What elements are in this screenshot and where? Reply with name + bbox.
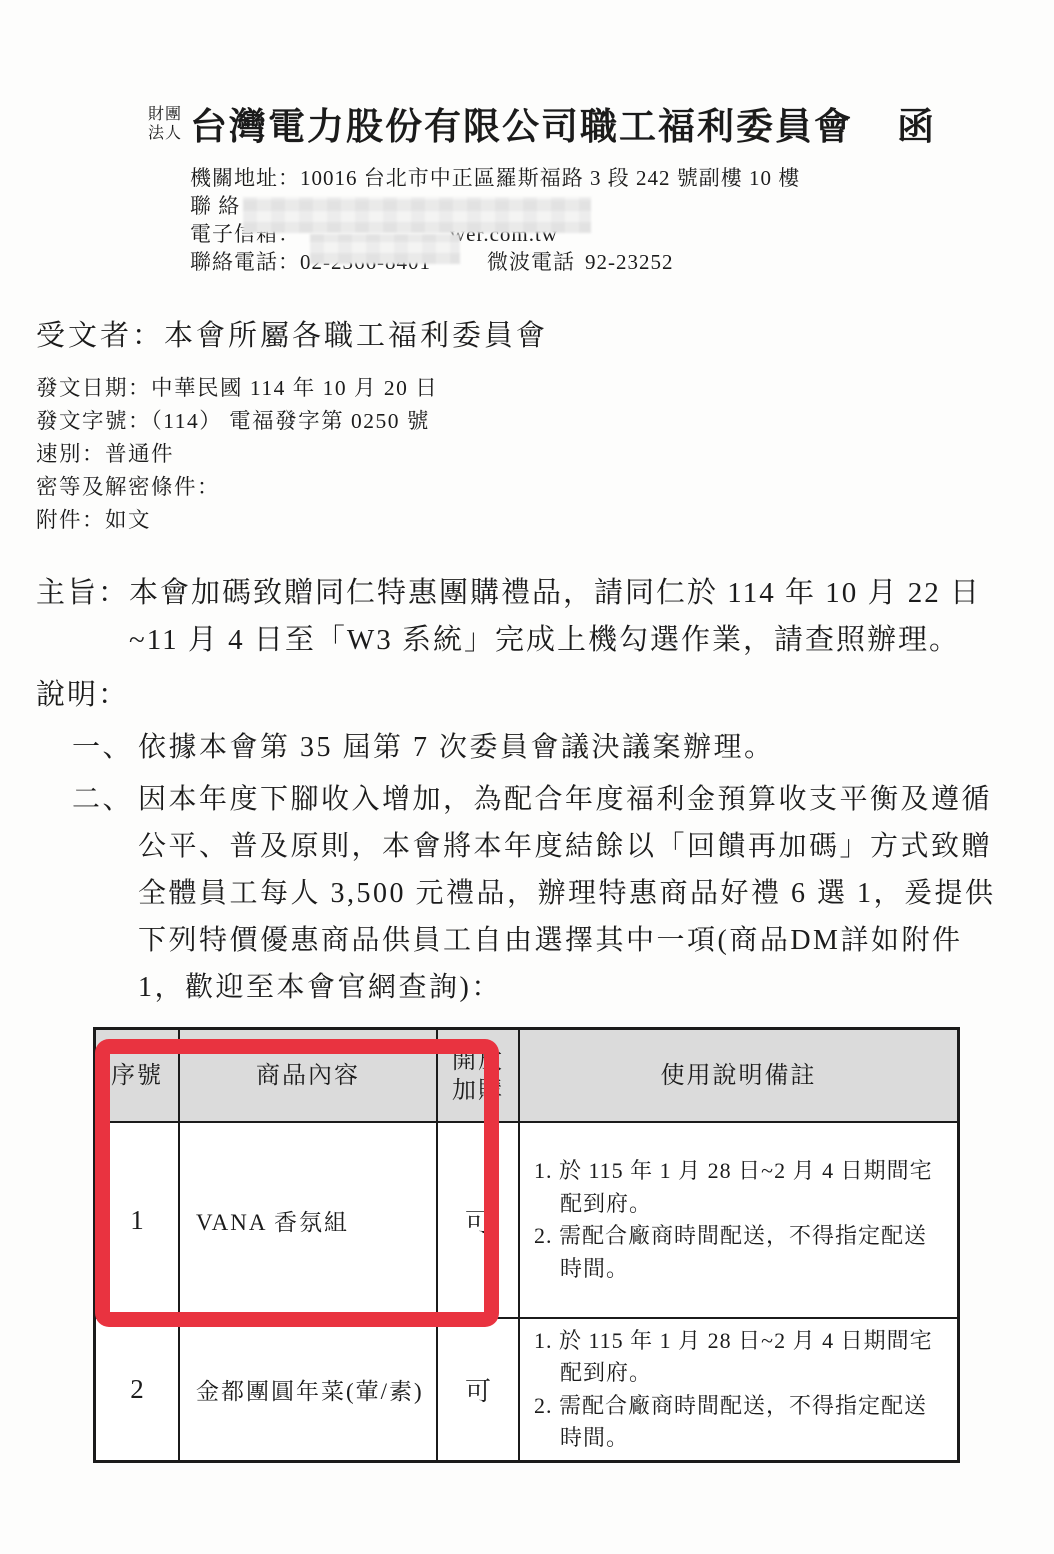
header-cell-seq: 序號 <box>96 1030 180 1123</box>
meta-date-value: 中華民國 114 年 10 月 20 日 <box>151 376 438 400</box>
microwave-phone-number: 92-23252 <box>585 250 674 274</box>
header-cell-product: 商品內容 <box>180 1030 438 1123</box>
address-line: 機關地址：10016 台北市中正區羅斯福路 3 段 242 號副樓 10 樓 <box>190 164 800 192</box>
org-type-label: 財團 法人 <box>148 105 182 143</box>
redaction-block-email <box>310 234 460 264</box>
recipient-label: 受文者： <box>36 320 164 352</box>
meta-line-speed: 速別：普通件 <box>36 438 438 471</box>
header-cell-addon: 開放加購 <box>438 1030 520 1123</box>
item-2-number: 二、 <box>72 776 138 823</box>
meta-line-security: 密等及解密條件： <box>36 471 438 504</box>
org-title: 台灣電力股份有限公司職工福利委員會 <box>190 96 853 150</box>
row1-product: VANA 香氛組 <box>180 1123 438 1319</box>
subject-label: 主旨： <box>36 570 129 617</box>
header-cell-notes: 使用說明備註 <box>520 1030 957 1123</box>
liaison-label: 聯 絡 <box>190 194 240 218</box>
item-1-number: 一、 <box>72 724 138 771</box>
description-items: 一、 依據本會第 35 屆第 7 次委員會議決議案辦理。 二、 因本年度下腳收入… <box>72 724 1000 1016</box>
row1-seq: 1 <box>96 1123 180 1319</box>
recipient-line: 受文者：本會所屬各職工福利委員會 <box>36 313 548 354</box>
doc-type-label: 函 <box>897 96 934 150</box>
subject-block: 主旨： 本會加碼致贈同仁特惠團購禮品，請同仁於 114 年 10 月 22 日~… <box>36 570 1013 664</box>
row2-notes: 1. 於 115 年 1 月 28 日~2 月 4 日期間宅配到府。 2. 需配… <box>520 1319 957 1460</box>
item-2-text: 因本年度下腳收入增加，為配合年度福利金預算收支平衡及遵循公平、普及原則，本會將本… <box>138 776 1000 1011</box>
row1-notes: 1. 於 115 年 1 月 28 日~2 月 4 日期間宅配到府。 2. 需配… <box>520 1123 957 1319</box>
address-value: 10016 台北市中正區羅斯福路 3 段 242 號副樓 10 樓 <box>300 166 800 190</box>
microwave-phone-label: 微波電話 <box>487 250 575 274</box>
meta-attachment-value: 如文 <box>105 508 151 532</box>
row1-note-1: 1. 於 115 年 1 月 28 日~2 月 4 日期間宅配到府。 <box>534 1155 947 1220</box>
meta-block: 發文日期：中華民國 114 年 10 月 20 日 發文字號：（114） 電福發… <box>36 372 438 537</box>
description-item-2: 二、 因本年度下腳收入增加，為配合年度福利金預算收支平衡及遵循公平、普及原則，本… <box>72 776 1000 1011</box>
row2-addon: 可 <box>438 1319 520 1460</box>
redaction-block-liaison <box>243 197 591 233</box>
row1-note-2: 2. 需配合廠商時間配送，不得指定配送時間。 <box>534 1220 947 1285</box>
item-1-text: 依據本會第 35 屆第 7 次委員會議決議案辦理。 <box>138 724 1000 771</box>
meta-number-label: 發文字號： <box>36 409 151 433</box>
row2-product: 金都團圓年菜(葷/素) <box>180 1319 438 1460</box>
phone-label: 聯絡電話： <box>190 250 300 274</box>
meta-speed-label: 速別： <box>36 442 105 466</box>
description-item-1: 一、 依據本會第 35 屆第 7 次委員會議決議案辦理。 <box>72 724 1000 771</box>
scanned-letter-page: 財團 法人 台灣電力股份有限公司職工福利委員會 函 機關地址：10016 台北市… <box>0 0 1054 1554</box>
address-label: 機關地址： <box>190 166 300 190</box>
subject-text: 本會加碼致贈同仁特惠團購禮品，請同仁於 114 年 10 月 22 日~11 月… <box>129 570 1013 664</box>
meta-number-value: （114） 電福發字第 0250 號 <box>151 409 430 433</box>
products-table: 序號 商品內容 開放加購 使用說明備註 1 VANA 香氛組 可 1. 於 11… <box>93 1027 960 1463</box>
description-label: 說明： <box>36 672 129 713</box>
letter-head: 財團 法人 台灣電力股份有限公司職工福利委員會 函 <box>148 96 934 150</box>
org-type-line2: 法人 <box>148 124 182 143</box>
meta-line-attachment: 附件：如文 <box>36 504 438 537</box>
meta-line-date: 發文日期：中華民國 114 年 10 月 20 日 <box>36 372 438 405</box>
meta-date-label: 發文日期： <box>36 376 151 400</box>
meta-line-number: 發文字號：（114） 電福發字第 0250 號 <box>36 405 438 438</box>
meta-attachment-label: 附件： <box>36 508 105 532</box>
recipient-value: 本會所屬各職工福利委員會 <box>164 320 548 352</box>
meta-security-label: 密等及解密條件： <box>36 475 220 499</box>
row2-note-2: 2. 需配合廠商時間配送，不得指定配送時間。 <box>534 1390 947 1455</box>
meta-speed-value: 普通件 <box>105 442 174 466</box>
row2-seq: 2 <box>96 1319 180 1460</box>
phone-line: 聯絡電話：02-2366-8401微波電話92-23252 <box>190 248 800 276</box>
org-type-line1: 財團 <box>148 105 182 124</box>
row2-note-1: 1. 於 115 年 1 月 28 日~2 月 4 日期間宅配到府。 <box>534 1325 947 1390</box>
row1-addon: 可 <box>438 1123 520 1319</box>
